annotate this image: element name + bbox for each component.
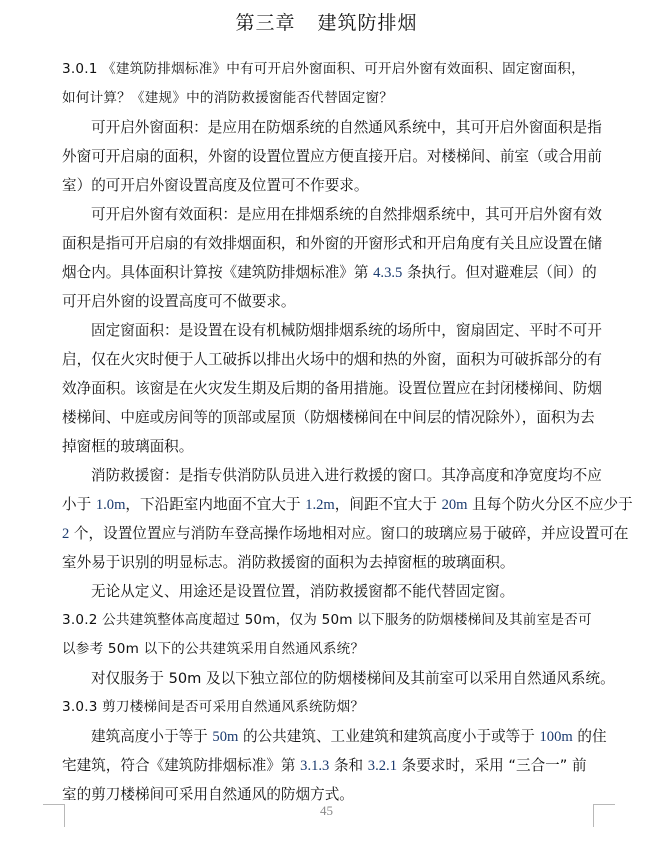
numeric-value: 1.2m (305, 497, 335, 513)
numeric-value: 3.2.1 (368, 758, 397, 774)
document-body: 3.0.1 《建筑防排烟标准》中有可开启外窗面积、可开启外窗有效面积、固定窗面积… (62, 55, 594, 809)
question-line: 3.0.3 剪刀楼梯间是否可采用自然通风系统防烟？ (62, 693, 594, 722)
question-line: 如何计算？《建规》中的消防救援窗能否代替固定窗？ (62, 84, 594, 113)
paragraph-line: 烟仓内。具体面积计算按《建筑防排烟标准》第 4.3.5 条执行。但对避难层（间）… (62, 258, 594, 287)
paragraph-line: 固定窗面积：是设置在设有机械防烟排烟系统的场所中，窗扇固定、平时不可开 (62, 316, 594, 345)
paragraph-line: 无论从定义、用途还是设置位置，消防救援窗都不能代替固定窗。 (62, 577, 594, 606)
numeric-value: 3.1.3 (300, 758, 329, 774)
question-line: 以参考 50m 以下的公共建筑采用自然通风系统？ (62, 635, 594, 664)
chapter-number: 第三章 (235, 12, 295, 34)
paragraph-line: 效净面积。该窗是在火灾发生期及后期的备用措施。设置位置应在封闭楼梯间、防烟 (62, 374, 594, 403)
chapter-name: 建筑防排烟 (318, 12, 418, 34)
numeric-value: 100m (540, 729, 573, 745)
paragraph-line: 建筑高度小于等于 50m 的公共建筑、工业建筑和建筑高度小于或等于 100m 的… (62, 722, 594, 751)
paragraph-line: 面积是指可开启扇的有效排烟面积，和外窗的开窗形式和开启角度有关且应设置在储 (62, 229, 594, 258)
chapter-title: 第三章建筑防排烟 (0, 8, 653, 35)
paragraph-line: 启，仅在火灾时便于人工破拆以排出火场中的烟和热的外窗，面积为可破拆部分的有 (62, 345, 594, 374)
paragraph-line: 小于 1.0m，下沿距室内地面不宜大于 1.2m，间距不宜大于 20m 且每个防… (62, 490, 594, 519)
question-line: 3.0.1 《建筑防排烟标准》中有可开启外窗面积、可开启外窗有效面积、固定窗面积… (62, 55, 594, 84)
page-number: 45 (0, 803, 653, 819)
paragraph-line: 外窗可开启扇的面积，外窗的设置位置应方便直接开启。对楼梯间、前室（或合用前 (62, 142, 594, 171)
numeric-value: 1.0m (96, 497, 126, 513)
paragraph-line: 可开启外窗的设置高度可不做要求。 (62, 287, 594, 316)
numeric-value: 2 (62, 526, 69, 542)
paragraph-line: 室）的可开启外窗设置高度及位置可不作要求。 (62, 171, 594, 200)
numeric-value: 4.3.5 (373, 265, 402, 281)
paragraph-line: 室外易于识别的明显标志。消防救援窗的面积为去掉窗框的玻璃面积。 (62, 548, 594, 577)
page-corner-mark-right (593, 804, 615, 827)
paragraph-line: 可开启外窗有效面积：是应用在排烟系统的自然排烟系统中，其可开启外窗有效 (62, 200, 594, 229)
question-line: 3.0.2 公共建筑整体高度超过 50m，仅为 50m 以下服务的防烟楼梯间及其… (62, 606, 594, 635)
paragraph-line: 对仅服务于 50m 及以下独立部位的防烟楼梯间及其前室可以采用自然通风系统。 (62, 664, 594, 693)
paragraph-line: 掉窗框的玻璃面积。 (62, 432, 594, 461)
paragraph-line: 楼梯间、中庭或房间等的顶部或屋顶（防烟楼梯间在中间层的情况除外），面积为去 (62, 403, 594, 432)
numeric-value: 50m (212, 729, 238, 745)
paragraph-line: 2 个，设置位置应与消防车登高操作场地相对应。窗口的玻璃应易于破碎，并应设置可在 (62, 519, 594, 548)
paragraph-line: 可开启外窗面积：是应用在防烟系统的自然通风系统中，其可开启外窗面积是指 (62, 113, 594, 142)
paragraph-line: 宅建筑，符合《建筑防排烟标准》第 3.1.3 条和 3.2.1 条要求时，采用 … (62, 751, 594, 780)
numeric-value: 20m (442, 497, 468, 513)
paragraph-line: 消防救援窗：是指专供消防队员进入进行救援的窗口。其净高度和净宽度均不应 (62, 461, 594, 490)
